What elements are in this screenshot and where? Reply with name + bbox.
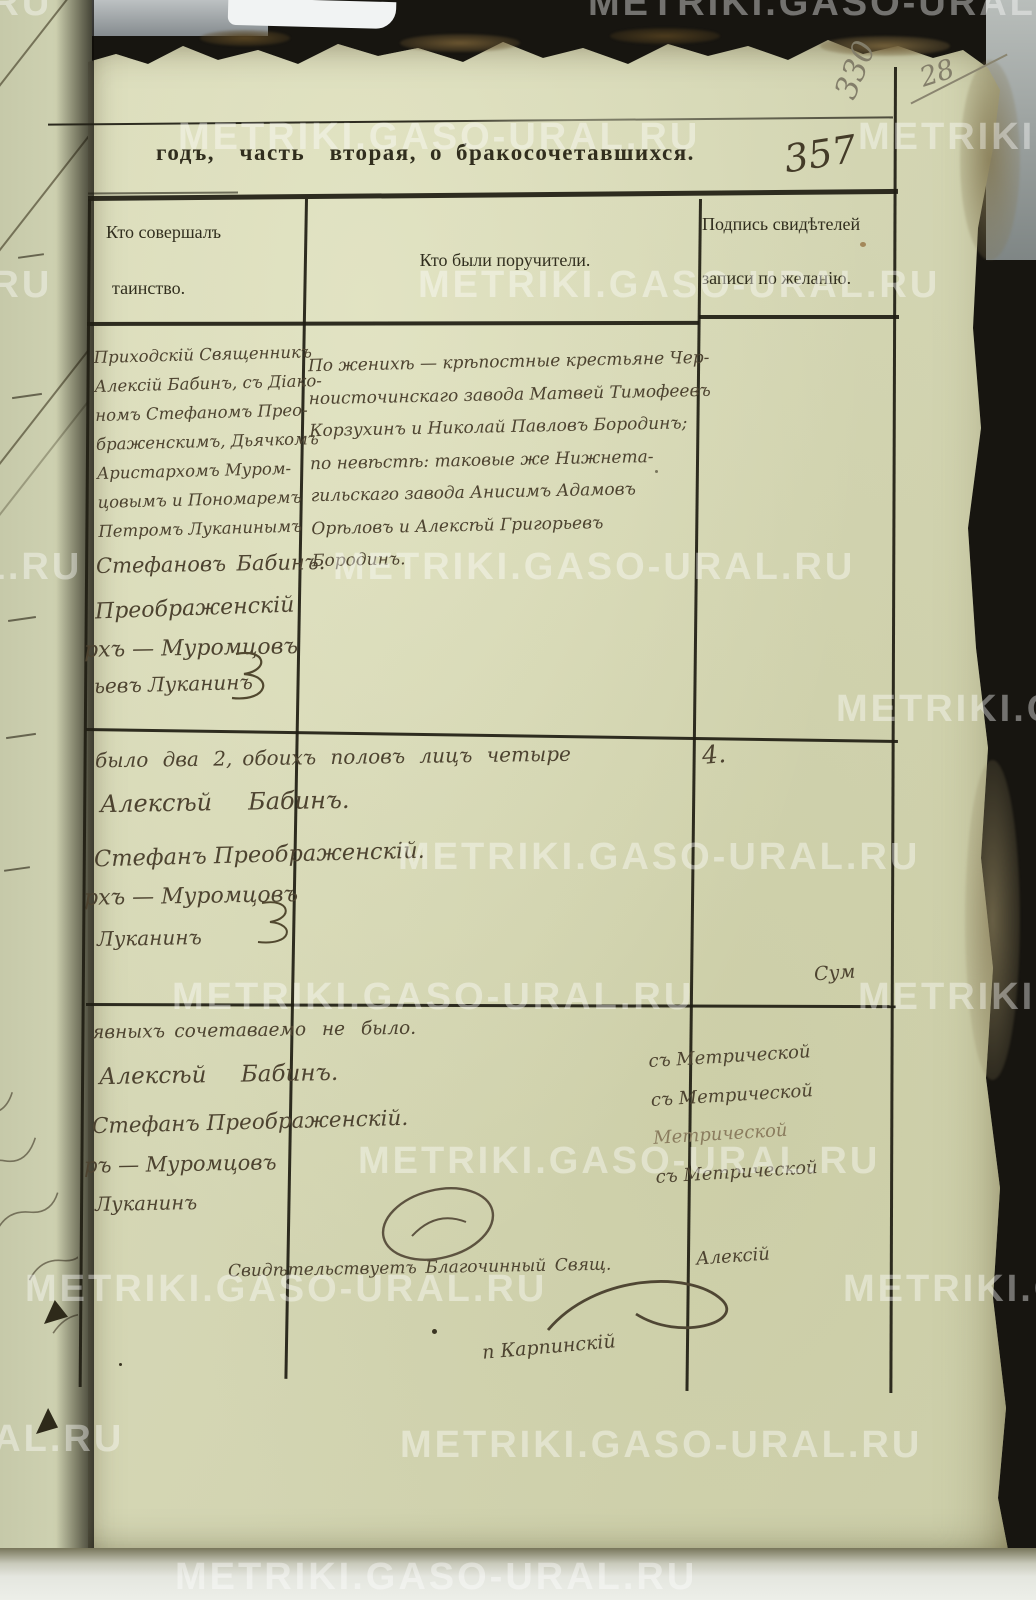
col1-header-line1: Кто совершалъ: [106, 222, 221, 243]
burn-mark: [200, 30, 290, 46]
row1-signature-babin: Стефановъ Бабинъ.: [96, 550, 326, 578]
torn-edge-shading: [965, 760, 1020, 1080]
row1-guarantors-text: По женихѣ — крѣпостные крестьяне Чер- но…: [308, 342, 715, 578]
page-heading: годъ, часть вторая, о бракосочетавшихся.: [156, 140, 695, 166]
col3-header-line2: записи по желанію.: [702, 268, 851, 289]
burn-mark: [400, 34, 520, 52]
prev-page-mark: [4, 866, 30, 872]
watermark: METRIKI.GASO-URAL.RU: [588, 0, 1036, 25]
row2-signature-lukanin: Луканинъ: [97, 925, 202, 951]
glare-highlight: [228, 0, 397, 29]
col2-header: Кто были поручители.: [360, 250, 650, 271]
prev-page-mark: [18, 253, 44, 259]
prev-page-mark: [12, 393, 42, 399]
row2-count: 4.: [701, 739, 727, 770]
row3-signature-lukanin: Луканинъ: [95, 1191, 197, 1216]
torn-edge-shading: [960, 60, 1020, 260]
row3-metric-notes: съ Метрической съ Метрической Метрическо…: [647, 1033, 818, 1197]
prev-page-mark: [6, 733, 36, 739]
col3-header-line1: Подпись свидѣтелей: [702, 214, 860, 235]
burn-mark: [820, 36, 950, 56]
row2-corner-note: Сум: [813, 961, 856, 986]
ink-speck: [655, 470, 658, 473]
ink-speck: [432, 1329, 437, 1334]
prev-page-mark: [8, 616, 36, 622]
header-bottom-rule-right: [699, 315, 899, 319]
paper-freckle: [860, 242, 866, 247]
row2-signature-babin: Алексѣй Бабинъ.: [100, 786, 350, 818]
signature-flourish: [250, 898, 300, 950]
burn-mark: [610, 28, 720, 44]
ink-speck: [119, 1363, 122, 1366]
col1-header-line2: таинство.: [112, 278, 185, 299]
under-page-edge: [0, 1548, 1036, 1600]
row1-signature-lukanin: ьевъ Луканинъ: [94, 670, 253, 698]
metric-book-scan: 330 28 годъ, часть вторая, о бракосочета…: [0, 0, 1036, 1600]
row1-officiant-text: Приходскій Священникъ Алексій Бабинъ, съ…: [93, 337, 326, 546]
row3-signature-muromtsov: ръ — Муромцовъ: [84, 1150, 277, 1177]
row3-signature-babin: Алексѣй Бабинъ.: [99, 1060, 339, 1090]
